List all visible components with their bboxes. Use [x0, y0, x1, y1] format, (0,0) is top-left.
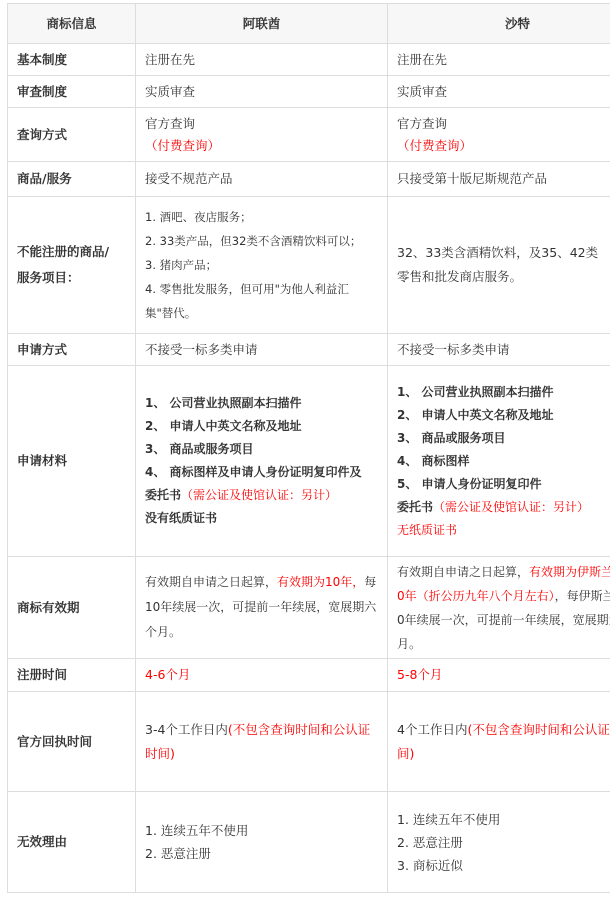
row-label: 查询方式: [8, 108, 136, 162]
list-item: 2. 33类产品，但32类不含酒精饮料可以；: [145, 229, 378, 253]
row-label: 申请材料: [8, 366, 136, 557]
list-item: 2. 恶意注册: [397, 831, 610, 854]
table-row: 申请方式 不接受一标多类申请 不接受一标多类申请: [8, 334, 610, 366]
table-header-row: 商标信息 阿联酋 沙特: [8, 4, 610, 44]
header-ksa: 沙特: [388, 4, 610, 44]
certificate-note: 没有纸质证书: [145, 507, 378, 530]
list-item: 委托书（需公证及使馆认证：另计）: [397, 496, 610, 519]
row-label: 不能注册的商品/ 服务项目：: [8, 197, 136, 334]
table-row: 商品/服务 接受不规范产品 只接受第十版尼斯规范产品: [8, 162, 610, 197]
row-label: 商标有效期: [8, 557, 136, 659]
poa-note: （需公证及使馆认证：另计）: [433, 500, 589, 514]
row-label: 官方回执时间: [8, 692, 136, 792]
ksa-cell: 4个工作日内(不包含查询时间和公认证时间): [388, 692, 610, 792]
label-line: 服务项目：: [17, 265, 126, 291]
paid-search-note: （付费查询）: [145, 135, 378, 157]
uae-cell: 注册在先: [136, 44, 388, 76]
validity-text: 有效期自申请之日起算，: [145, 575, 277, 589]
uae-cell: 1. 酒吧、夜店服务； 2. 33类产品，但32类不含酒精饮料可以； 3. 猪肉…: [136, 197, 388, 334]
table-row: 官方回执时间 3-4个工作日内(不包含查询时间和公认证时间) 4个工作日内(不包…: [8, 692, 610, 792]
list-item: 1、 公司营业执照副本扫描件: [397, 381, 610, 404]
ksa-cell: 32、33类含酒精饮料，及35、42类 零售和批发商店服务。: [388, 197, 610, 334]
table-row: 基本制度 注册在先 注册在先: [8, 44, 610, 76]
list-item: 3. 猪肉产品；: [145, 253, 378, 277]
list-item: 3、 商品或服务项目: [397, 427, 610, 450]
table-row: 审查制度 实质审查 实质审查: [8, 76, 610, 108]
text-line: 零售和批发商店服务。: [397, 265, 610, 289]
receipt-time: 4个工作日内: [397, 722, 467, 737]
header-uae: 阿联酋: [136, 4, 388, 44]
poa-note: （需公证及使馆认证：另计）: [181, 488, 337, 502]
search-method: 官方查询: [397, 113, 610, 135]
search-method: 官方查询: [145, 113, 378, 135]
table-row: 不能注册的商品/ 服务项目： 1. 酒吧、夜店服务； 2. 33类产品，但32类…: [8, 197, 610, 334]
row-label: 无效理由: [8, 792, 136, 893]
validity-highlight: 有效期为10年，: [277, 575, 364, 589]
uae-cell: 3-4个工作日内(不包含查询时间和公认证时间): [136, 692, 388, 792]
table-row: 无效理由 1. 连续五年不使用 2. 恶意注册 1. 连续五年不使用 2. 恶意…: [8, 792, 610, 893]
ksa-cell: 实质审查: [388, 76, 610, 108]
label-line: 不能注册的商品/: [17, 239, 126, 265]
table-row: 注册时间 4-6个月 5-8个月: [8, 659, 610, 692]
list-item: 集"替代。: [145, 301, 378, 325]
list-item: 1. 酒吧、夜店服务；: [145, 205, 378, 229]
ksa-cell: 5-8个月: [388, 659, 610, 692]
list-item: 1. 连续五年不使用: [397, 808, 610, 831]
ksa-cell: 1、 公司营业执照副本扫描件 2、 申请人中英文名称及地址 3、 商品或服务项目…: [388, 366, 610, 557]
ksa-cell: 只接受第十版尼斯规范产品: [388, 162, 610, 197]
list-item: 2、 申请人中英文名称及地址: [145, 415, 378, 438]
list-item: 4、 商标图样: [397, 450, 610, 473]
ksa-cell: 有效期自申请之日起算，有效期为伊斯兰历10年（折公历九年八个月左右），每伊斯兰历…: [388, 557, 610, 659]
row-label: 申请方式: [8, 334, 136, 366]
uae-cell: 接受不规范产品: [136, 162, 388, 197]
ksa-cell: 1. 连续五年不使用 2. 恶意注册 3. 商标近似: [388, 792, 610, 893]
text-line: 32、33类含酒精饮料，及35、42类: [397, 241, 610, 265]
list-item: 5、 申请人身份证明复印件: [397, 473, 610, 496]
uae-cell: 官方查询 （付费查询）: [136, 108, 388, 162]
list-item: 2. 恶意注册: [145, 842, 378, 865]
row-label: 基本制度: [8, 44, 136, 76]
uae-cell: 实质审查: [136, 76, 388, 108]
table-row: 查询方式 官方查询 （付费查询） 官方查询 （付费查询）: [8, 108, 610, 162]
paid-search-note: （付费查询）: [397, 135, 610, 157]
ksa-cell: 不接受一标多类申请: [388, 334, 610, 366]
validity-text: 有效期自申请之日起算，: [397, 565, 529, 579]
list-item: 3、 商品或服务项目: [145, 438, 378, 461]
table-row: 申请材料 1、 公司营业执照副本扫描件 2、 申请人中英文名称及地址 3、 商品…: [8, 366, 610, 557]
poa-text: 委托书: [145, 488, 181, 502]
list-item: 4、 商标图样及申请人身份证明复印件及: [145, 461, 378, 484]
uae-cell: 1、 公司营业执照副本扫描件 2、 申请人中英文名称及地址 3、 商品或服务项目…: [136, 366, 388, 557]
trademark-comparison-table: 商标信息 阿联酋 沙特 基本制度 注册在先 注册在先 审查制度 实质审查 实质审…: [7, 3, 610, 893]
poa-text: 委托书: [397, 500, 433, 514]
receipt-time: 3-4个工作日内: [145, 722, 228, 737]
row-label: 商品/服务: [8, 162, 136, 197]
ksa-cell: 官方查询 （付费查询）: [388, 108, 610, 162]
list-item: 2、 申请人中英文名称及地址: [397, 404, 610, 427]
row-label: 注册时间: [8, 659, 136, 692]
uae-cell: 1. 连续五年不使用 2. 恶意注册: [136, 792, 388, 893]
header-trademark-info: 商标信息: [8, 4, 136, 44]
table-row: 商标有效期 有效期自申请之日起算，有效期为10年，每10年续展一次，可提前一年续…: [8, 557, 610, 659]
list-item: 委托书（需公证及使馆认证：另计）: [145, 484, 378, 507]
uae-cell: 4-6个月: [136, 659, 388, 692]
list-item: 1. 连续五年不使用: [145, 819, 378, 842]
list-item: 3. 商标近似: [397, 854, 610, 877]
ksa-cell: 注册在先: [388, 44, 610, 76]
list-item: 1、 公司营业执照副本扫描件: [145, 392, 378, 415]
uae-cell: 有效期自申请之日起算，有效期为10年，每10年续展一次，可提前一年续展，宽展期六…: [136, 557, 388, 659]
list-item: 4. 零售批发服务，但可用"为他人利益汇: [145, 277, 378, 301]
uae-cell: 不接受一标多类申请: [136, 334, 388, 366]
certificate-note: 无纸质证书: [397, 519, 610, 542]
row-label: 审查制度: [8, 76, 136, 108]
